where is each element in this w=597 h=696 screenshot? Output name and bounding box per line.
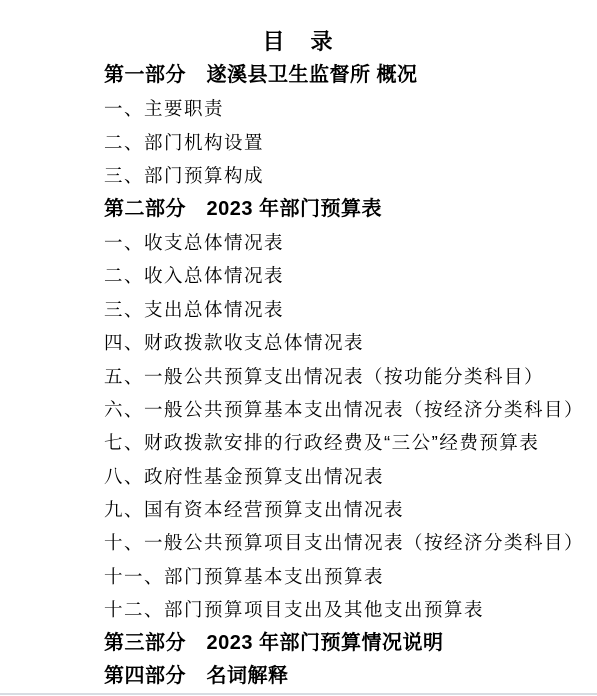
toc-entry: 六、一般公共预算基本支出情况表（按经济分类科目） bbox=[0, 393, 597, 426]
toc-entry: 十二、部门预算项目支出及其他支出预算表 bbox=[0, 593, 597, 626]
page-bottom-rule bbox=[0, 693, 597, 695]
toc-entry: 一、主要职责 bbox=[0, 92, 597, 125]
toc-entry: 五、一般公共预算支出情况表（按功能分类科目） bbox=[0, 360, 597, 393]
toc-entry: 一、收支总体情况表 bbox=[0, 226, 597, 259]
toc-entry: 八、政府性基金预算支出情况表 bbox=[0, 460, 597, 493]
document-page: 目 录 第一部分 遂溪县卫生监督所 概况一、主要职责二、部门机构设置三、部门预算… bbox=[0, 0, 597, 696]
toc-entry: 第二部分 2023 年部门预算表 bbox=[0, 193, 597, 226]
toc-entry: 二、部门机构设置 bbox=[0, 126, 597, 159]
toc-entry: 第三部分 2023 年部门预算情况说明 bbox=[0, 627, 597, 660]
toc-entry: 九、国有资本经营预算支出情况表 bbox=[0, 493, 597, 526]
toc-entry: 十、一般公共预算项目支出情况表（按经济分类科目） bbox=[0, 526, 597, 559]
toc-entry: 三、部门预算构成 bbox=[0, 159, 597, 192]
toc-entry: 第四部分 名词解释 bbox=[0, 660, 597, 693]
toc-entry: 三、支出总体情况表 bbox=[0, 293, 597, 326]
toc-entry: 七、财政拨款安排的行政经费及“三公”经费预算表 bbox=[0, 426, 597, 459]
toc-entry: 第一部分 遂溪县卫生监督所 概况 bbox=[0, 59, 597, 92]
toc-entry-list: 第一部分 遂溪县卫生监督所 概况一、主要职责二、部门机构设置三、部门预算构成第二… bbox=[0, 59, 597, 693]
toc-title: 目 录 bbox=[0, 25, 597, 59]
toc-entry: 四、财政拨款收支总体情况表 bbox=[0, 326, 597, 359]
toc-entry: 二、收入总体情况表 bbox=[0, 259, 597, 292]
toc-entry: 十一、部门预算基本支出预算表 bbox=[0, 560, 597, 593]
